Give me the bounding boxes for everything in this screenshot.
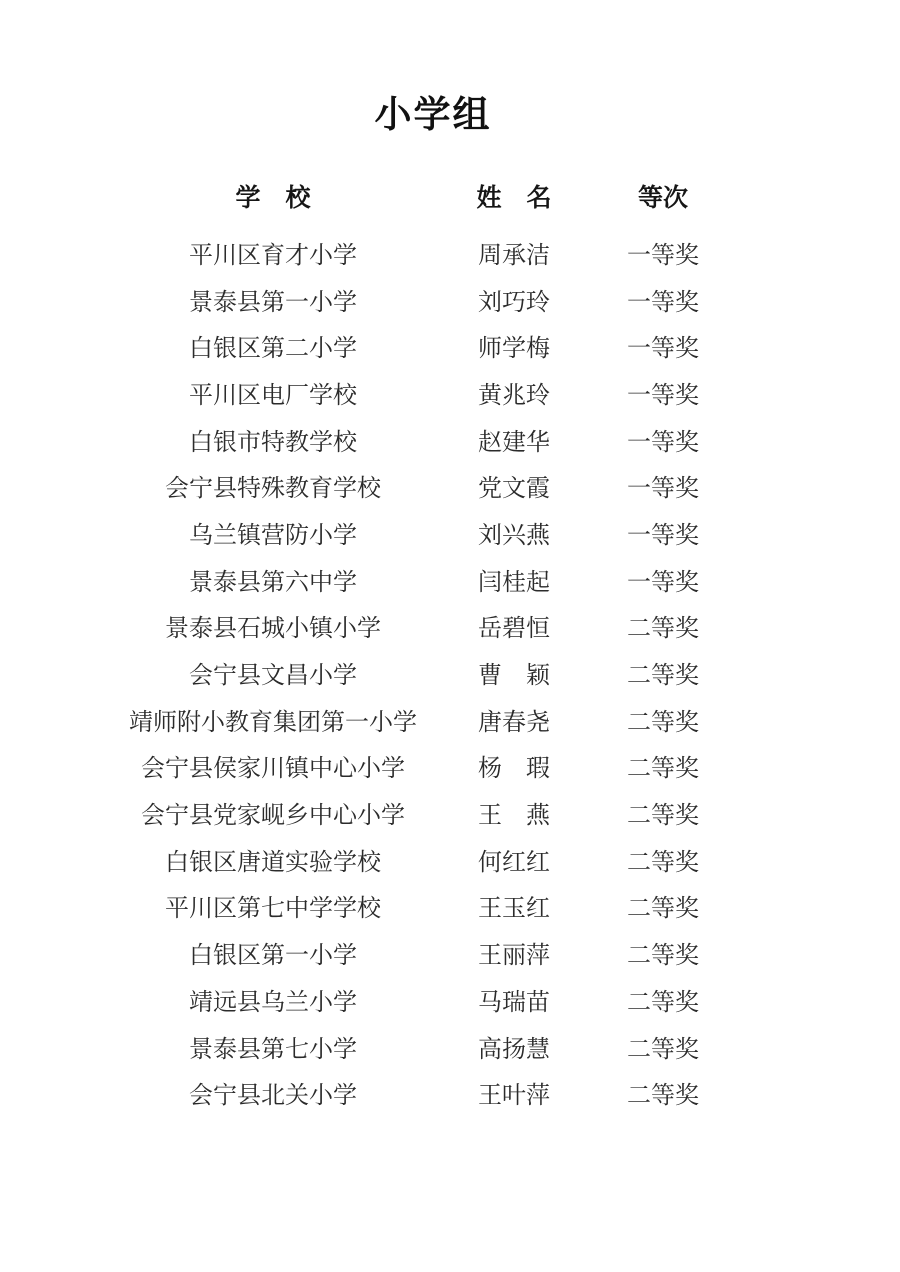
name-cell: 王 燕: [458, 795, 570, 830]
rank-cell: 一等奖: [570, 468, 756, 503]
table-row: 白银区第一小学 王丽萍 二等奖: [88, 929, 756, 976]
name-cell: 马瑞苗: [458, 982, 570, 1017]
school-cell: 会宁县北关小学: [88, 1075, 458, 1110]
header-cell-school: 学 校: [88, 178, 458, 214]
rank-cell: 一等奖: [570, 375, 756, 410]
rank-cell: 二等奖: [570, 795, 756, 830]
rank-cell: 一等奖: [570, 328, 756, 363]
school-cell: 景泰县第七小学: [88, 1029, 458, 1064]
rank-cell: 二等奖: [570, 655, 756, 690]
rank-cell: 二等奖: [570, 702, 756, 737]
rank-cell: 二等奖: [570, 935, 756, 970]
table-row: 景泰县第七小学 高扬慧 二等奖: [88, 1023, 756, 1070]
name-cell: 高扬慧: [458, 1029, 570, 1064]
name-cell: 杨 瑕: [458, 748, 570, 783]
name-cell: 唐春尧: [458, 702, 570, 737]
table-row: 白银区唐道实验学校 何红红 二等奖: [88, 836, 756, 883]
document-page: 小学组 学 校 姓 名 等次 平川区育才小学 周承洁 一等奖 景泰县第一小学 刘…: [0, 0, 900, 1272]
rank-cell: 二等奖: [570, 748, 756, 783]
table-row: 靖师附小教育集团第一小学 唐春尧 二等奖: [88, 696, 756, 743]
table-row: 平川区育才小学 周承洁 一等奖: [88, 229, 756, 276]
name-cell: 闫桂起: [458, 562, 570, 597]
awards-table: 学 校 姓 名 等次 平川区育才小学 周承洁 一等奖 景泰县第一小学 刘巧玲 一…: [0, 0, 900, 1272]
rank-cell: 二等奖: [570, 608, 756, 643]
table-body: 平川区育才小学 周承洁 一等奖 景泰县第一小学 刘巧玲 一等奖 白银区第二小学 …: [88, 229, 756, 1116]
school-cell: 靖师附小教育集团第一小学: [88, 702, 458, 737]
table-row: 景泰县石城小镇小学 岳碧恒 二等奖: [88, 603, 756, 650]
table-header-row: 学 校 姓 名 等次: [88, 176, 756, 216]
table-row: 会宁县侯家川镇中心小学 杨 瑕 二等奖: [88, 743, 756, 790]
name-cell: 刘兴燕: [458, 515, 570, 550]
rank-cell: 二等奖: [570, 982, 756, 1017]
school-cell: 平川区电厂学校: [88, 375, 458, 410]
rank-cell: 一等奖: [570, 515, 756, 550]
rank-cell: 二等奖: [570, 842, 756, 877]
school-cell: 白银市特教学校: [88, 422, 458, 457]
school-cell: 景泰县第六中学: [88, 562, 458, 597]
school-cell: 会宁县党家岘乡中心小学: [88, 795, 458, 830]
school-cell: 景泰县第一小学: [88, 282, 458, 317]
name-cell: 周承洁: [458, 235, 570, 270]
table-row: 会宁县北关小学 王叶萍 二等奖: [88, 1069, 756, 1116]
rank-cell: 二等奖: [570, 1029, 756, 1064]
table-row: 会宁县特殊教育学校 党文霞 一等奖: [88, 462, 756, 509]
school-cell: 白银区第一小学: [88, 935, 458, 970]
name-cell: 党文霞: [458, 468, 570, 503]
school-cell: 白银区唐道实验学校: [88, 842, 458, 877]
name-cell: 赵建华: [458, 422, 570, 457]
school-cell: 靖远县乌兰小学: [88, 982, 458, 1017]
rank-cell: 一等奖: [570, 562, 756, 597]
table-row: 白银区第二小学 师学梅 一等奖: [88, 322, 756, 369]
school-cell: 白银区第二小学: [88, 328, 458, 363]
rank-cell: 一等奖: [570, 282, 756, 317]
header-cell-name: 姓 名: [458, 178, 570, 214]
school-cell: 平川区育才小学: [88, 235, 458, 270]
table-row: 平川区电厂学校 黄兆玲 一等奖: [88, 369, 756, 416]
rank-cell: 二等奖: [570, 1075, 756, 1110]
rank-cell: 二等奖: [570, 888, 756, 923]
name-cell: 何红红: [458, 842, 570, 877]
school-cell: 乌兰镇营防小学: [88, 515, 458, 550]
table-row: 白银市特教学校 赵建华 一等奖: [88, 416, 756, 463]
table-row: 会宁县文昌小学 曹 颖 二等奖: [88, 649, 756, 696]
school-cell: 平川区第七中学学校: [88, 888, 458, 923]
table-row: 靖远县乌兰小学 马瑞苗 二等奖: [88, 976, 756, 1023]
table-row: 会宁县党家岘乡中心小学 王 燕 二等奖: [88, 789, 756, 836]
name-cell: 王丽萍: [458, 935, 570, 970]
school-cell: 会宁县侯家川镇中心小学: [88, 748, 458, 783]
name-cell: 王叶萍: [458, 1075, 570, 1110]
table-row: 景泰县第一小学 刘巧玲 一等奖: [88, 276, 756, 323]
rank-cell: 一等奖: [570, 422, 756, 457]
name-cell: 师学梅: [458, 328, 570, 363]
rank-cell: 一等奖: [570, 235, 756, 270]
school-cell: 会宁县文昌小学: [88, 655, 458, 690]
school-cell: 会宁县特殊教育学校: [88, 468, 458, 503]
name-cell: 黄兆玲: [458, 375, 570, 410]
name-cell: 王玉红: [458, 888, 570, 923]
table-row: 平川区第七中学学校 王玉红 二等奖: [88, 883, 756, 930]
name-cell: 岳碧恒: [458, 608, 570, 643]
table-row: 乌兰镇营防小学 刘兴燕 一等奖: [88, 509, 756, 556]
name-cell: 刘巧玲: [458, 282, 570, 317]
header-cell-rank: 等次: [570, 178, 756, 214]
school-cell: 景泰县石城小镇小学: [88, 608, 458, 643]
table-row: 景泰县第六中学 闫桂起 一等奖: [88, 556, 756, 603]
name-cell: 曹 颖: [458, 655, 570, 690]
